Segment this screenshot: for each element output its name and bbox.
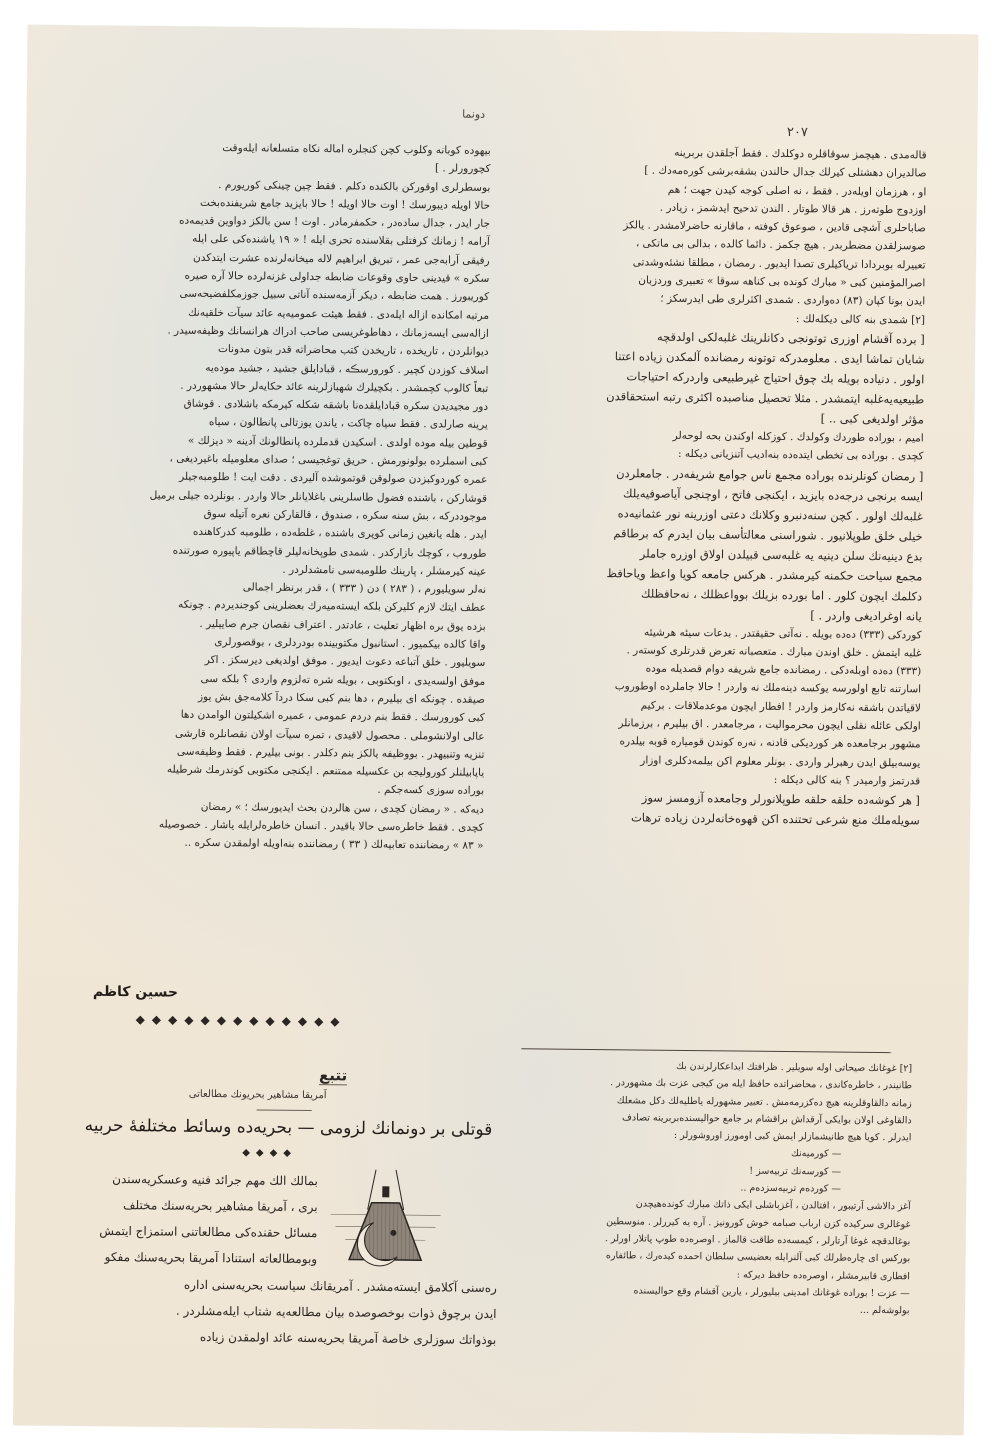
crescent-emblem-cone-illustration bbox=[325, 1164, 446, 1275]
article-subtitle: آمریقا مشاهیر بحریونك مطالعاتی bbox=[189, 1089, 327, 1101]
left-paragraph-2: دیوانلردن ، تاریخدە ، تاریخدن كتب محاضرا… bbox=[94, 339, 488, 581]
section-label: تتبع bbox=[319, 1066, 347, 1085]
text-line: مسائل حقندەكی مطالعاتنی استمزاج ایتمش bbox=[87, 1218, 317, 1246]
right-quote-block-3: [ هر كوشەدە حلقە حلقە طوپلانورلر وجامعدە… bbox=[510, 786, 920, 830]
left-column: بیهودە كوبانە وكلوب كچن كنجلرە امالە نكا… bbox=[91, 138, 490, 856]
right-quote-block-1: [ بردە آقشام اوزری توتونجی دكانلرینك غلب… bbox=[514, 325, 925, 429]
right-paragraph-3: كوردكی (٣٣٣) دەدە بویلە . نەآتی حقیقتدر … bbox=[510, 622, 922, 791]
small-diamond-divider: ◆◆◆◆ bbox=[242, 1147, 297, 1159]
text-line: بمالك الك مهم جرائد فنیە وعسكریەسندن bbox=[88, 1166, 318, 1194]
right-intro-lines: قالەمدی . هیچمز سوقاقلرە دوكلدك . فقط آج… bbox=[515, 142, 927, 329]
footnote: [٢] غوغانك صیحاتی اولە سویلیر . ظرافتك ا… bbox=[510, 1056, 913, 1320]
right-column: قالەمدی . هیچمز سوقاقلرە دوكلدك . فقط آج… bbox=[510, 142, 927, 830]
subtitle-underline bbox=[257, 1109, 312, 1111]
diamond-divider: ◆◆◆◆◆◆◆◆◆◆◆◆◆ bbox=[136, 1012, 347, 1028]
left-paragraph-3: نەلر سویلیورم ، ( ٢٨٣ ) دن ( ٣٣٣ ) ، قدر… bbox=[92, 577, 486, 801]
text-line: « ٨٣ » رمضاننده تعابیەلك ( ٣٣ ) رمضانندە… bbox=[91, 833, 483, 855]
article-lead-text: بمالك الك مهم جرائد فنیە وعسكریەسندنبری … bbox=[87, 1166, 318, 1272]
scanned-page: دونما ٢٠٧ قالەمدی . هیچمز سوقاقلرە دوكلد… bbox=[13, 25, 978, 1435]
footnote-dialog: — كورمیەنك— كورسەنك تربیەسز !— كوردەم تر… bbox=[511, 1143, 912, 1199]
footnote-rule bbox=[521, 1048, 891, 1053]
text-line: بوذواتك سوزلری خاصة آمریقا بحریەسنە عائد… bbox=[86, 1323, 496, 1353]
left-intro-lines: بیهودە كوبانە وكلوب كچن كنجلرە امالە نكا… bbox=[98, 138, 490, 179]
right-quote-block-2: [ رمضان كونلرندە بوراده مجمع ناس جوامع ش… bbox=[512, 462, 924, 626]
right-paragraph-2: امیم ، بوراده طوردك وكولدك . كوزكلە اوكن… bbox=[513, 425, 923, 466]
footnote-text-2: آغز دالاشی آرتیبور ، افتالدن ، آغزباشلی … bbox=[510, 1195, 911, 1320]
article-body-text: رەسنی آكلامق ایستەمشدر . آمریقانك سیاست … bbox=[86, 1271, 497, 1353]
article-headline: قوتلی بر دونمانك لزومی — بحریەدە وسائط م… bbox=[78, 1116, 498, 1140]
left-paragraph-1: بوسطرلری اوقوركن بالكندە دكلم . فقط چین … bbox=[97, 174, 491, 343]
footnote-text: [٢] غوغانك صیحاتی اولە سویلیر . ظرافتك ا… bbox=[511, 1056, 912, 1147]
running-head: دونما bbox=[462, 108, 485, 121]
page-number: ٢٠٧ bbox=[787, 125, 808, 140]
author-signature: حسین كاظم bbox=[93, 984, 178, 1001]
text-line: وبومطالعاتە استنادا آمریقا بحریەسنك مفكو bbox=[87, 1244, 317, 1272]
text-line: سویلەملك منع شرعی تحتندە اكن قهوەخانەلرد… bbox=[510, 806, 920, 830]
left-paragraph-4: دیەكە . « رمضان كچدی ، سن هالردن بحث اید… bbox=[91, 796, 484, 855]
text-line: بری ، آمریقا مشاهیر بحریەسنك مختلف bbox=[88, 1192, 318, 1220]
